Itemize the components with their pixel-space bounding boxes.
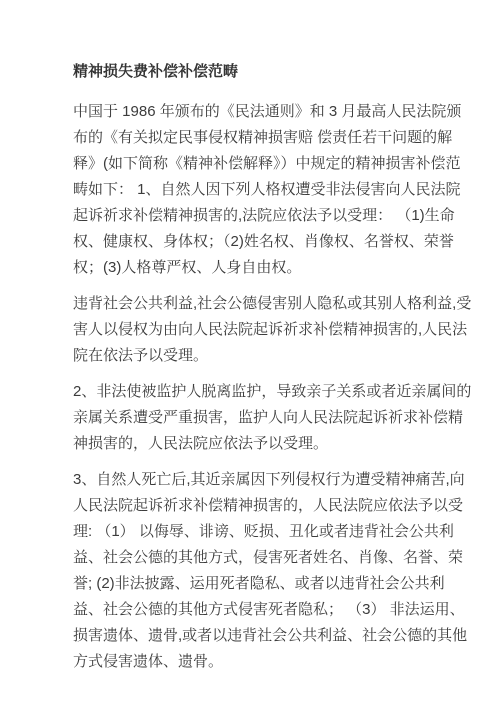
paragraph-deceased-rights: 3、自然人死亡后,其近亲属因下列侵权行为遭受精神痛苦,向人民法院起诉祈求补偿精神…: [73, 467, 474, 675]
paragraph-intro-scope: 中国于 1986 年颁布的《民法通则》和 3 月最高人民法院颁布的《有关拟定民事…: [73, 99, 474, 281]
paragraph-public-interest: 违背社会公共利益,社会公德侵害别人隐私或其别人格利益,受害人以侵权为由向人民法院…: [73, 291, 474, 369]
document-page: 精神损失费补偿补偿范畴 中国于 1986 年颁布的《民法通则》和 3 月最高人民…: [0, 0, 500, 707]
document-title: 精神损失费补偿补偿范畴: [73, 61, 474, 83]
paragraph-guardianship: 2、非法使被监护人脱离监护，导致亲子关系或者近亲属间的亲属关系遭受严重损害，监护…: [73, 379, 474, 457]
